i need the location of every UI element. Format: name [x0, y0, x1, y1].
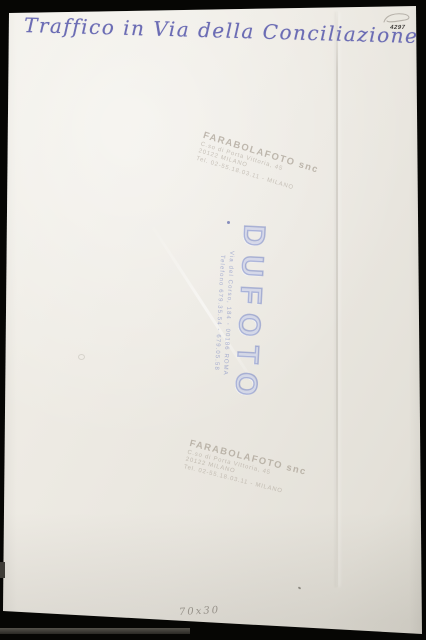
- archive-number: 4297: [389, 25, 406, 31]
- background-edge-notch: [0, 562, 5, 578]
- paper-crease-vertical: [336, 12, 338, 587]
- pencil-size-annotation: 70x30: [179, 605, 221, 618]
- faint-ring-speck: [78, 354, 85, 360]
- background-edge-strip: [0, 628, 190, 634]
- dufoto-stamp: DUFOTO Via del Corso, 184 - 00186 ROMA T…: [209, 208, 272, 420]
- photo-of-print-back: Traffico in Via della Conciliazione 4297…: [0, 0, 426, 640]
- photo-paper: Traffico in Via della Conciliazione 4297…: [0, 0, 426, 640]
- ink-speck: [227, 221, 230, 224]
